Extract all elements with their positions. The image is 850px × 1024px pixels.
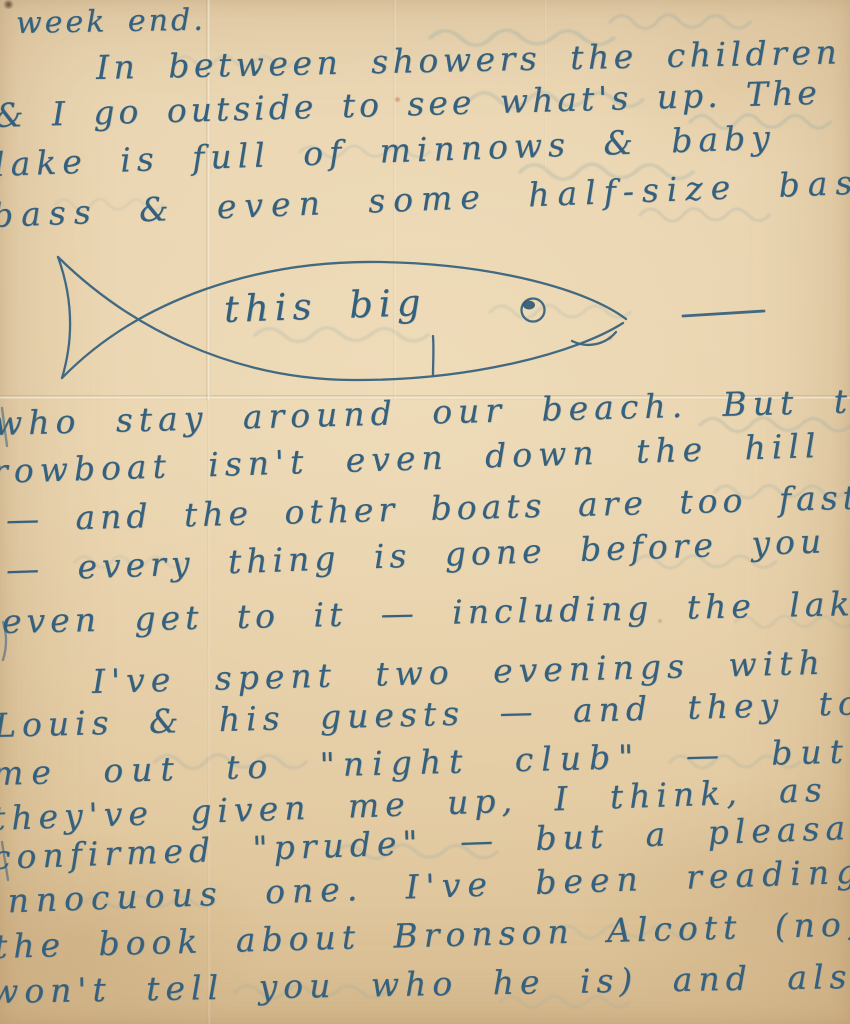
- edge-stain: [2, 0, 15, 9]
- fish-size-label: this big: [223, 281, 427, 331]
- fish-eye: [522, 299, 545, 322]
- fish-tail-edge: [58, 257, 70, 378]
- fish-mouth: [572, 332, 616, 345]
- fish-sketch: [0, 240, 800, 410]
- handwriting-line: won't tell you who he is) and also: [0, 956, 850, 1010]
- size-dash-stroke: [683, 311, 764, 316]
- handwriting-line: week end.: [16, 3, 206, 41]
- letter-page: week end. In between showers the childre…: [0, 0, 850, 1024]
- handwriting-line: even get to it — including the lake.: [2, 583, 850, 641]
- rust-speck: [607, 335, 613, 341]
- fish-pupil: [523, 301, 535, 310]
